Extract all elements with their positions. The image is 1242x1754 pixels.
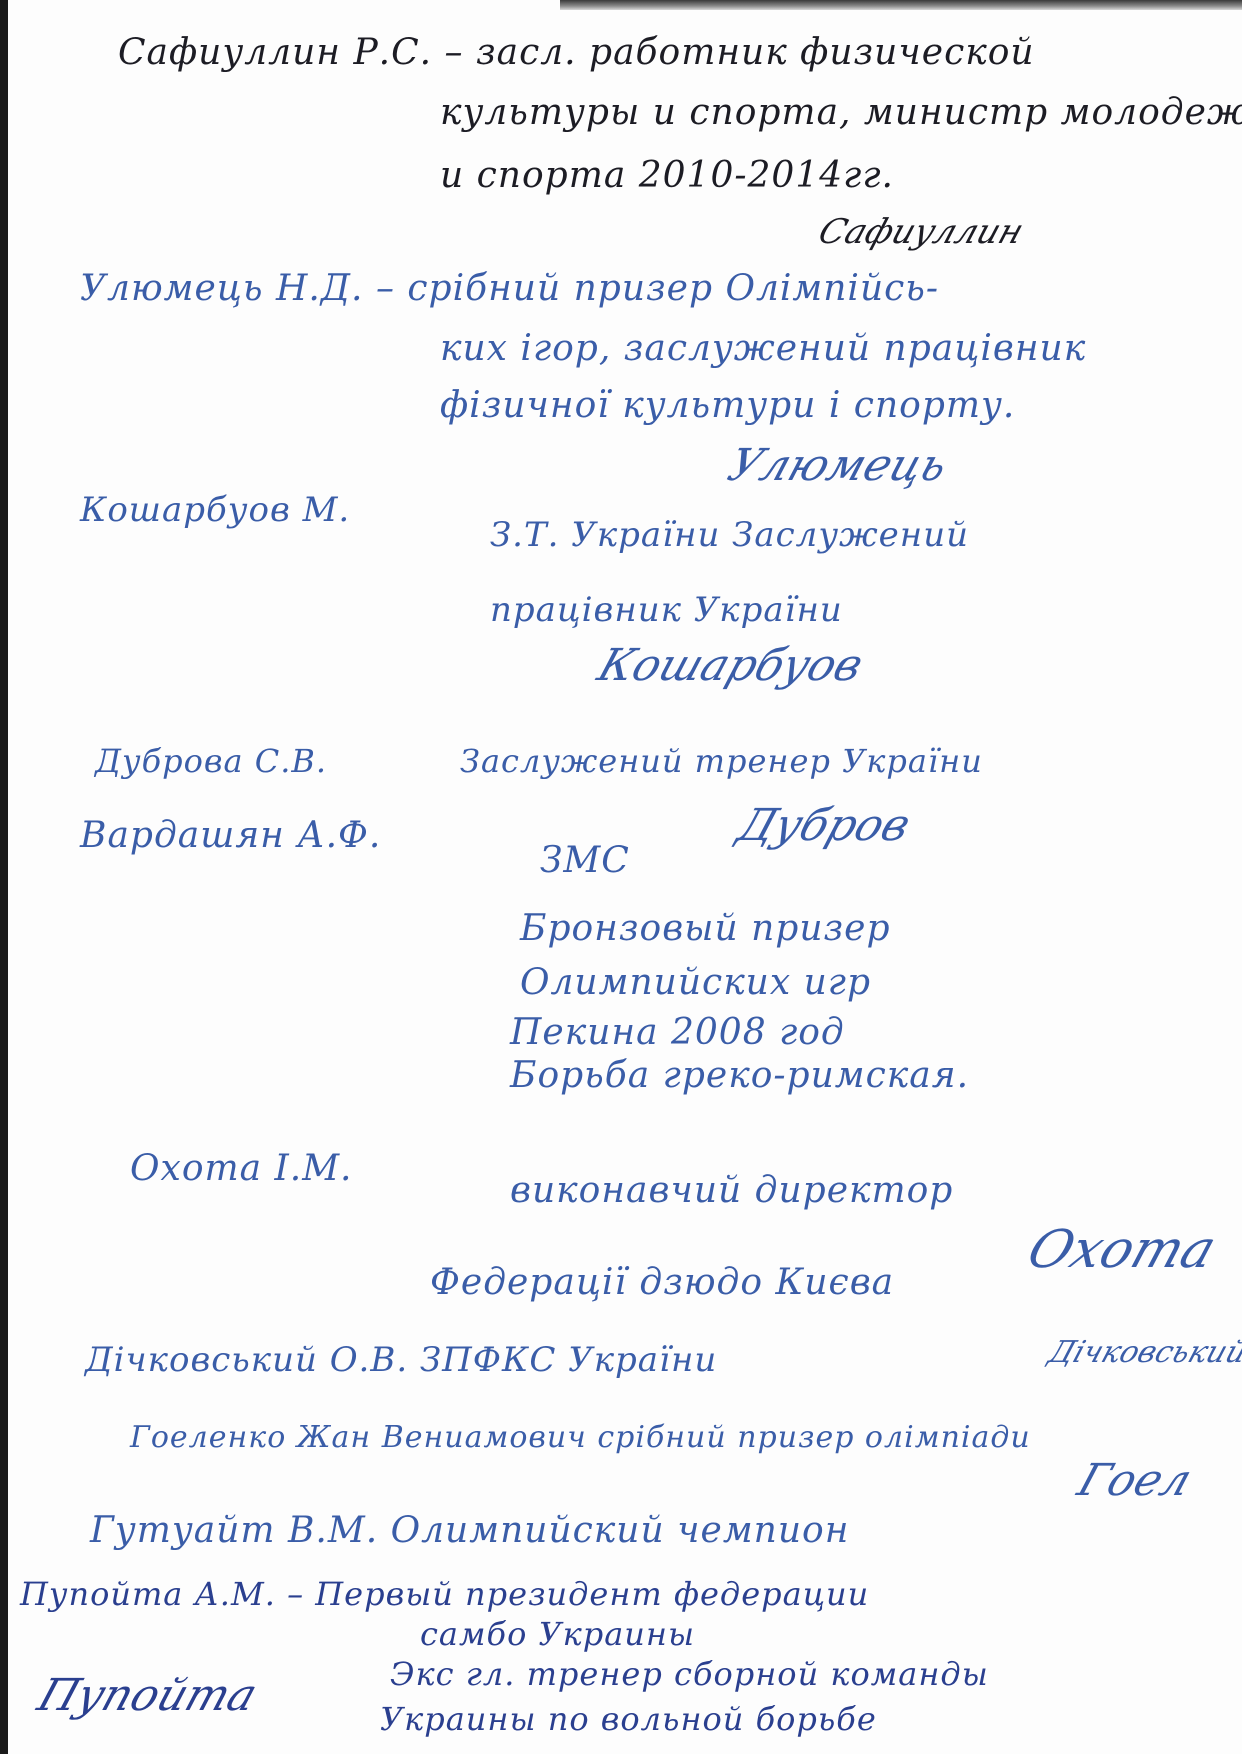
signature-6: Охота [1020, 1220, 1223, 1280]
entry-10-line-2: самбо Украины [420, 1615, 695, 1653]
entry-2-line-2: ких ігор, заслужений працівник [440, 328, 1086, 369]
entry-5-line-6: Борьба греко-римская. [510, 1055, 969, 1096]
entry-3-name: Кошарбуов М. [80, 490, 350, 530]
entry-4-name: Дуброва С.В. [95, 742, 327, 780]
signature-3: Кошарбуов [592, 640, 870, 691]
signature-1: Сафиуллин [814, 212, 1029, 252]
entry-2-line-3: фізичної культури і спорту. [440, 385, 1015, 426]
entry-10-line-1: Пупойта А.М. – Первый президент федераци… [20, 1575, 869, 1613]
entry-10-line-4: Украины по вольной борьбе [380, 1700, 877, 1738]
scan-border-top [560, 0, 1242, 10]
signature-7: Дічковський [1044, 1335, 1242, 1370]
entry-1-line-1: Сафиуллин Р.С. – засл. работник физическ… [118, 32, 1035, 73]
entry-2-line-1: Улюмець Н.Д. – срібний призер Олімпійсь- [80, 268, 939, 309]
signature-10: Пупойта [32, 1670, 264, 1721]
entry-4-line-2: Заслужений тренер України [460, 742, 983, 780]
entry-5-name: Вардашян А.Ф. [80, 815, 381, 856]
entry-6-name: Охота І.М. [130, 1148, 353, 1189]
entry-9-line-1: Гутуайт В.М. Олимпийский чемпион [90, 1510, 849, 1551]
entry-8-line-1: Гоеленко Жан Вениамович срібний призер о… [130, 1420, 1031, 1455]
entry-6-line-3: Федерації дзюдо Києва [430, 1262, 894, 1303]
signature-5: Дубров [732, 800, 917, 851]
entry-10-line-3: Экс гл. тренер сборной команды [390, 1655, 989, 1693]
entry-5-line-2: ЗМС [540, 840, 630, 881]
entry-5-line-3: Бронзовый призер [520, 908, 891, 949]
scan-border-left [0, 0, 8, 1754]
entry-1-line-3: и спорта 2010-2014гг. [440, 155, 894, 196]
entry-3-line-3: працівник України [490, 590, 843, 630]
entry-7-line-1: Дічковський О.В. ЗПФКС України [85, 1340, 717, 1380]
entry-5-line-5: Пекина 2008 год [510, 1012, 845, 1053]
signature-2: Улюмець [722, 440, 954, 491]
entry-6-line-2: виконавчий директор [510, 1170, 953, 1211]
entry-3-line-2: З.Т. України Заслужений [490, 515, 969, 555]
signature-8: Гоел [1072, 1455, 1198, 1506]
entry-5-line-4: Олимпийских игр [520, 962, 871, 1003]
entry-1-line-2: культуры и спорта, министр молодежи [440, 92, 1242, 133]
